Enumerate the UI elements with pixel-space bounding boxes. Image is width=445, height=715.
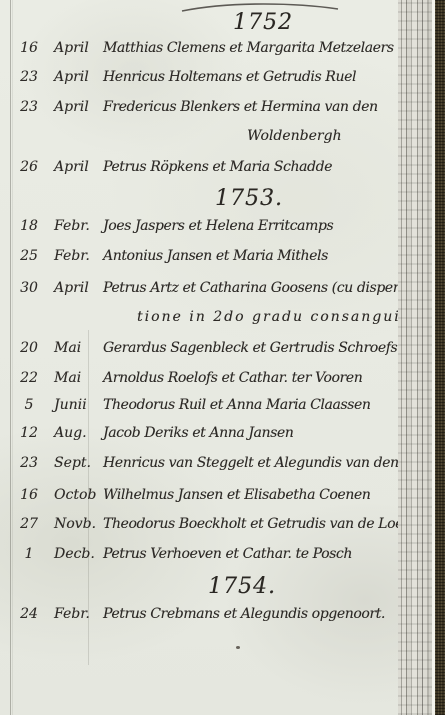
register-entry: 22 Mai Arnoldus Roelofs et Cathar. ter V… xyxy=(0,370,445,394)
register-entry: 25 Febr. Antonius Jansen et Maria Mithel… xyxy=(0,248,445,272)
register-entry: 23 April Henricus Holtemans et Getrudis … xyxy=(0,69,445,93)
entry-month: April xyxy=(54,40,102,56)
entry-names: Gerardus Sagenbleck et Gertrudis Schroef… xyxy=(103,340,397,356)
entry-day: 16 xyxy=(12,40,46,56)
entry-day: 12 xyxy=(12,425,46,441)
register-entry: 20 Mai Gerardus Sagenbleck et Gertrudis … xyxy=(0,340,445,364)
entry-continuation: tione in 2do gradu consanguinit. xyxy=(137,309,432,325)
register-entry: 30 April Petrus Artz et Catharina Goosen… xyxy=(0,280,445,304)
register-entry: 27 Novb. Theodorus Boeckholt et Getrudis… xyxy=(0,516,445,540)
entry-names: Joes Jaspers et Helena Erritcamps xyxy=(103,218,333,234)
entry-day: 16 xyxy=(12,487,46,503)
entry-month: Febr. xyxy=(54,218,102,234)
entry-names: Arnoldus Roelofs et Cathar. ter Vooren xyxy=(103,370,362,386)
year-heading: 1752 xyxy=(233,10,293,35)
entry-month: Decb. xyxy=(54,546,102,562)
year-heading: 1753. xyxy=(215,186,283,211)
book-cover-edge xyxy=(435,0,445,715)
entry-month: April xyxy=(54,69,102,85)
entry-names: Wilhelmus Jansen et Elisabetha Coenen xyxy=(103,487,370,503)
entry-names: Antonius Jansen et Maria Mithels xyxy=(103,248,328,264)
entry-names: Theodorus Boeckholt et Getrudis van de L… xyxy=(103,516,403,532)
entry-names: Matthias Clemens et Margarita Metzelaers xyxy=(103,40,394,56)
entry-month: April xyxy=(54,280,102,296)
entry-month: Mai xyxy=(54,370,102,386)
page-edge-stack xyxy=(398,0,432,715)
register-entry: 12 Aug. Jacob Deriks et Anna Jansen xyxy=(0,425,445,449)
entry-month: Novb. xyxy=(54,516,102,532)
entry-month: Junii xyxy=(54,397,102,413)
register-entry: 18 Febr. Joes Jaspers et Helena Erritcam… xyxy=(0,218,445,242)
entry-names: Fredericus Blenkers et Hermina van den xyxy=(103,99,378,115)
entry-day: 26 xyxy=(12,159,46,175)
register-entry: 16 Octob Wilhelmus Jansen et Elisabetha … xyxy=(0,487,445,511)
register-entry: 23 April Fredericus Blenkers et Hermina … xyxy=(0,99,445,123)
entry-day: 18 xyxy=(12,218,46,234)
register-entry: 1 Decb. Petrus Verhoeven et Cathar. te P… xyxy=(0,546,445,570)
entry-day: 27 xyxy=(12,516,46,532)
entry-day: 5 xyxy=(12,397,46,413)
entry-names: Petrus Verhoeven et Cathar. te Posch xyxy=(103,546,352,562)
entry-names: Petrus Röpkens et Maria Schadde xyxy=(103,159,332,175)
entry-day: 22 xyxy=(12,370,46,386)
entry-names: Petrus Crebmans et Alegundis opgenoort. xyxy=(103,606,385,622)
entry-continuation: Woldenbergh xyxy=(247,128,342,144)
register-entry: 23 Sept. Henricus van Steggelt et Alegun… xyxy=(0,455,445,479)
entry-month: Aug. xyxy=(54,425,102,441)
entry-names: Jacob Deriks et Anna Jansen xyxy=(103,425,293,441)
register-entry: 5 Junii Theodorus Ruil et Anna Maria Cla… xyxy=(0,397,445,421)
entry-names: Petrus Artz et Catharina Goosens (cu dis… xyxy=(103,280,420,296)
entry-day: 20 xyxy=(12,340,46,356)
entry-day: 25 xyxy=(12,248,46,264)
entry-month: Febr. xyxy=(54,248,102,264)
entry-month: Octob xyxy=(54,487,102,503)
ink-speck xyxy=(236,646,240,649)
register-entry: 26 April Petrus Röpkens et Maria Schadde xyxy=(0,159,445,183)
register-page: 1752 16 April Matthias Clemens et Margar… xyxy=(0,0,445,715)
entry-day: 1 xyxy=(12,546,46,562)
entry-names: Henricus van Steggelt et Alegundis van d… xyxy=(103,455,439,471)
register-entry: 16 April Matthias Clemens et Margarita M… xyxy=(0,40,445,64)
entry-day: 24 xyxy=(12,606,46,622)
entry-day: 23 xyxy=(12,455,46,471)
year-heading: 1754. xyxy=(208,574,276,599)
entry-day: 30 xyxy=(12,280,46,296)
entry-names: Theodorus Ruil et Anna Maria Claassen xyxy=(103,397,370,413)
entry-month: Sept. xyxy=(54,455,102,471)
entry-month: Febr. xyxy=(54,606,102,622)
register-entry: 24 Febr. Petrus Crebmans et Alegundis op… xyxy=(0,606,445,630)
entry-day: 23 xyxy=(12,69,46,85)
entry-names: Henricus Holtemans et Getrudis Ruel xyxy=(103,69,356,85)
entry-month: Mai xyxy=(54,340,102,356)
entry-day: 23 xyxy=(12,99,46,115)
entry-month: April xyxy=(54,159,102,175)
entry-month: April xyxy=(54,99,102,115)
